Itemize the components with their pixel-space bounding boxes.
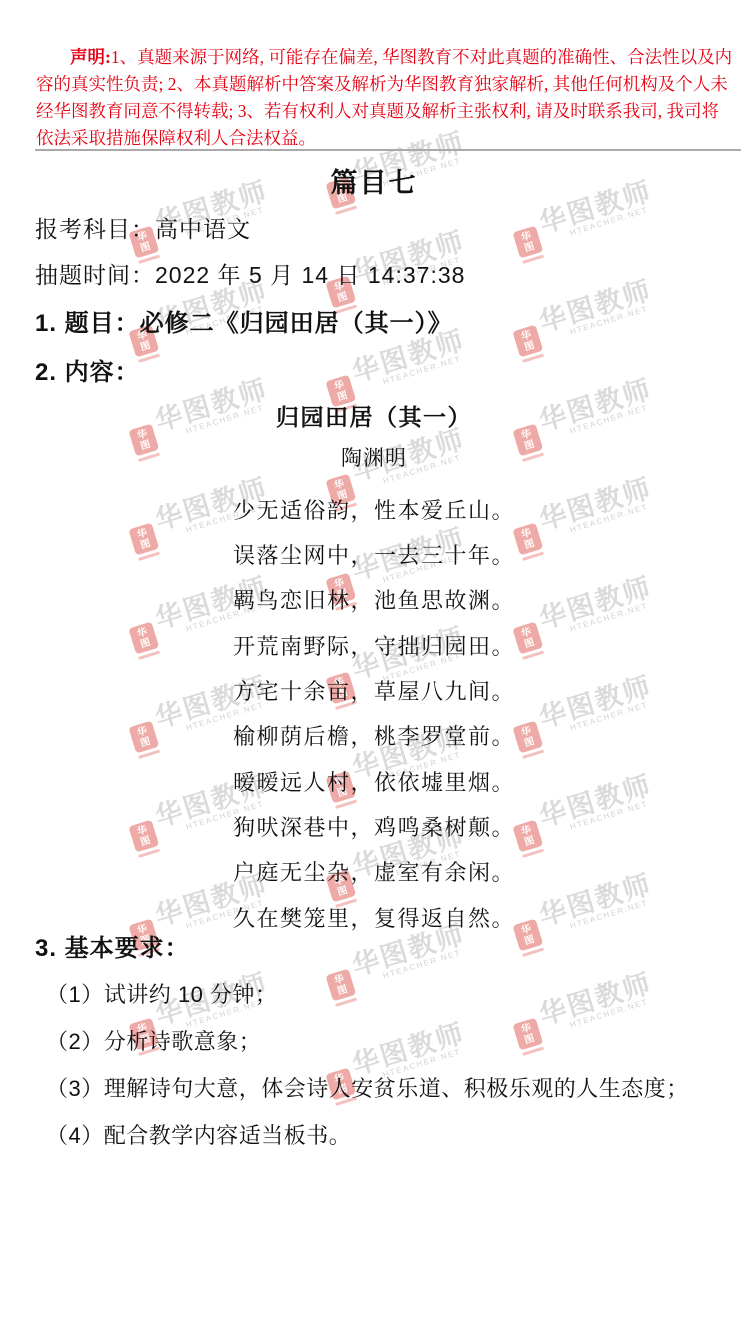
horizontal-divider [35, 149, 741, 151]
poem-line: 方宅十余亩，草屋八九间。 [0, 675, 748, 706]
poem-title: 归园田居（其一） [0, 399, 748, 432]
exam-question-page: 华图华图教师HTEACHER.NET华图华图教师HTEACHER.NET华图华图… [0, 0, 748, 1335]
disclaimer-label: 声明: [70, 47, 111, 67]
page-content: 声明:1、真题来源于网络, 可能存在偏差, 华图教育不对此真题的准确性、合法性以… [0, 0, 748, 1335]
poem-line: 羁鸟恋旧林，池鱼思故渊。 [0, 584, 748, 615]
poem-line: 少无适俗韵，性本爱丘山。 [0, 494, 748, 525]
draw-time-line: 抽题时间：2022 年 5 月 14 日 14:37:38 [35, 257, 465, 290]
disclaimer-line: 声明:1、真题来源于网络, 可能存在偏差, 华图教育不对此真题的准确性、合法性以… [36, 44, 736, 71]
requirement-item: （3）理解诗句大意，体会诗人安贫乐道、积极乐观的人生态度； [46, 1072, 689, 1103]
poem-line: 开荒南野际，守拙归园田。 [0, 630, 748, 661]
disclaimer-line: 容的真实性负责; 2、本真题解析中答案及解析为华图教育独家解析, 其他任何机构及… [36, 71, 736, 98]
poem-line: 榆柳荫后檐，桃李罗堂前。 [0, 720, 748, 751]
disclaimer-line: 依法采取措施保障权利人合法权益。 [36, 125, 736, 152]
requirement-item: （2）分析诗歌意象； [46, 1025, 261, 1056]
requirement-item: （1）试讲约 10 分钟； [46, 978, 277, 1009]
disclaimer-block: 声明:1、真题来源于网络, 可能存在偏差, 华图教育不对此真题的准确性、合法性以… [36, 44, 736, 152]
page-title: 篇目七 [0, 161, 748, 200]
poem-line: 误落尘网中，一去三十年。 [0, 539, 748, 570]
content-heading: 2. 内容： [35, 352, 140, 387]
requirement-item: （4）配合教学内容适当板书。 [46, 1119, 351, 1150]
requirements-heading: 3. 基本要求： [35, 928, 190, 963]
poem-line: 狗吠深巷中，鸡鸣桑树颠。 [0, 811, 748, 842]
poem-author: 陶渊明 [0, 442, 748, 472]
question-heading: 1. 题目：必修二《归园田居（其一）》 [35, 303, 453, 338]
poem-line: 户庭无尘杂，虚室有余闲。 [0, 856, 748, 887]
subject-line: 报考科目：高中语文 [35, 211, 251, 244]
disclaimer-text: 1、真题来源于网络, 可能存在偏差, 华图教育不对此真题的准确性、合法性以及内 [111, 47, 732, 67]
disclaimer-line: 经华图教育同意不得转载; 3、若有权利人对真题及解析主张权利, 请及时联系我司,… [36, 98, 736, 125]
poem-line: 暧暧远人村，依依墟里烟。 [0, 766, 748, 797]
